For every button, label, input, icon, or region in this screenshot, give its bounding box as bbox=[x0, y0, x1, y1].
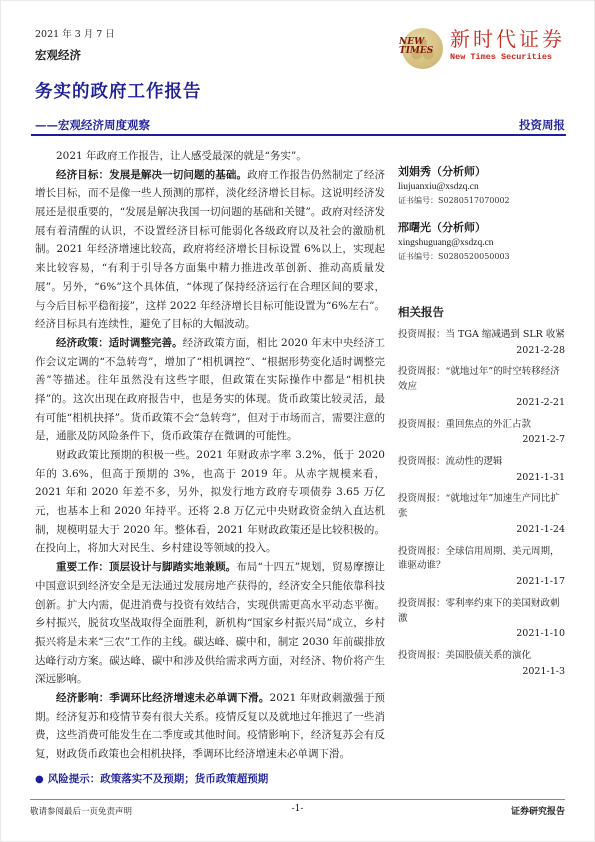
paragraph: 经济影响：季调环比经济增速未必单调下滑。2021 年财政刺激强于预期。经济复苏和… bbox=[35, 689, 385, 764]
report-body: 2021 年政府工作报告，让人感受最深的就是“务实”。 经济目标：发展是解决一切… bbox=[35, 147, 385, 786]
report-item-title: 投资周报：全球信用周期、美元周期，谁驱动谁？ bbox=[398, 546, 560, 572]
paragraph-text: 2021 年政府工作报告，让人感受最深的就是“务实”。 bbox=[56, 150, 307, 162]
brand-logo: NEW TIMES 新时代证券 New Times Securities bbox=[402, 28, 565, 69]
brand-name-cn: 新时代证券 bbox=[450, 28, 565, 50]
page-title: 务实的政府工作报告 bbox=[35, 78, 565, 103]
paragraph-text: 财政政策比预期的积极一些。2021 年财政赤字率 3.2%，低于 2020 年的… bbox=[35, 449, 385, 554]
section-lead: 经济目标：发展是解决一切问题的基础。 bbox=[56, 169, 247, 181]
report-item: 投资周报：当 TGA 缩减遇到 SLR 收紧 2021-2-28 bbox=[398, 328, 565, 358]
analyst-block: 邢曙光（分析师） xingshuguang@xsdzq.cn 证书编号：S028… bbox=[398, 219, 565, 262]
report-item-date: 2021-2-7 bbox=[398, 433, 565, 448]
paragraph-text: 经济政策方面，相比 2020 年末中央经济工作会议定调的“不急转弯”，增加了“相… bbox=[35, 337, 385, 442]
footer-report-type: 证券研究报告 bbox=[511, 804, 565, 817]
report-item: 投资周报：零利率约束下的美国财政刺激 2021-1-10 bbox=[398, 597, 565, 642]
report-item-date: 2021-2-21 bbox=[398, 396, 565, 411]
report-item: 投资周报：流动性的逻辑 2021-1-31 bbox=[398, 455, 565, 485]
report-item-title: 投资周报：当 TGA 缩减遇到 SLR 收紧 bbox=[398, 329, 565, 340]
analyst-email: liujuanxiu@xsdzq.cn bbox=[398, 182, 565, 192]
section-lead: 经济影响：季调环比经济增速未必单调下滑。 bbox=[56, 692, 270, 704]
paragraph: 财政政策比预期的积极一些。2021 年财政赤字率 3.2%，低于 2020 年的… bbox=[35, 446, 385, 558]
report-item: 投资周报：“就地过年”的时空转移经济效应 2021-2-21 bbox=[398, 365, 565, 410]
risk-note: ● 风险提示：政策落实不及预期；货币政策超预期 bbox=[35, 771, 385, 786]
paragraph: 经济目标：发展是解决一切问题的基础。政府工作报告仍然制定了经济增长目标，而不是像… bbox=[35, 166, 385, 334]
report-item-title: 投资周报：“就地过年”加速生产同比扩张 bbox=[398, 493, 560, 519]
analyst-name: 刘娟秀（分析师） bbox=[398, 163, 565, 179]
report-item-date: 2021-1-3 bbox=[398, 665, 565, 680]
risk-note-text: 风险提示：政策落实不及预期；货币政策超预期 bbox=[48, 771, 269, 786]
analyst-block: 刘娟秀（分析师） liujuanxiu@xsdzq.cn 证书编号：S02805… bbox=[398, 163, 565, 206]
report-item-title: 投资周报：“就地过年”的时空转移经济效应 bbox=[398, 366, 560, 392]
report-type-label: 投资周报 bbox=[519, 117, 565, 133]
report-item-title: 投资周报：重回焦点的外汇占款 bbox=[398, 419, 531, 430]
report-page: 2021 年 3 月 7 日 宏观经济 务实的政府工作报告 ——宏观经济周度观察… bbox=[0, 0, 595, 842]
report-item: 投资周报：全球信用周期、美元周期，谁驱动谁？ 2021-1-17 bbox=[398, 545, 565, 590]
report-item-title: 投资周报：流动性的逻辑 bbox=[398, 456, 503, 467]
brand-names: 新时代证券 New Times Securities bbox=[450, 28, 565, 62]
bullet-icon: ● bbox=[35, 774, 44, 785]
paragraph: 2021 年政府工作报告，让人感受最深的就是“务实”。 bbox=[35, 147, 385, 166]
header: 2021 年 3 月 7 日 宏观经济 务实的政府工作报告 ——宏观经济周度观察… bbox=[35, 26, 565, 133]
report-item: 投资周报：美国股债关系的演化 2021-1-3 bbox=[398, 649, 565, 679]
badge-text: NEW TIMES bbox=[399, 38, 433, 56]
footer-disclaimer: 敬请参阅最后一页免责声明 bbox=[30, 805, 132, 817]
paragraph-text: 政府工作报告仍然制定了经济增长目标，而不是像一些人预测的那样，淡化经济增长目标。… bbox=[35, 169, 385, 331]
paragraph: 经济政策：适时调整完善。经济政策方面，相比 2020 年末中央经济工作会议定调的… bbox=[35, 334, 385, 446]
analyst-email: xingshuguang@xsdzq.cn bbox=[398, 238, 565, 248]
analyst-cert: 证书编号：S0280517070002 bbox=[398, 195, 565, 206]
report-item-date: 2021-1-31 bbox=[398, 471, 565, 486]
related-reports-title: 相关报告 bbox=[398, 304, 565, 320]
report-item: 投资周报：重回焦点的外汇占款 2021-2-7 bbox=[398, 418, 565, 448]
report-subtitle: ——宏观经济周度观察 bbox=[35, 117, 150, 133]
report-item-title: 投资周报：零利率约束下的美国财政刺激 bbox=[398, 598, 560, 624]
report-item-date: 2021-1-10 bbox=[398, 627, 565, 642]
report-item: 投资周报：“就地过年”加速生产同比扩张 2021-1-24 bbox=[398, 492, 565, 537]
header-rule bbox=[31, 134, 566, 136]
badge-line2: TIMES bbox=[399, 47, 433, 56]
section-lead: 经济政策：适时调整完善。 bbox=[56, 337, 183, 349]
section-lead: 重要工作：顶层设计与脚踏实地兼顾。 bbox=[56, 561, 236, 573]
footer: 敬请参阅最后一页免责声明 -1- 证券研究报告 bbox=[30, 799, 565, 817]
paragraph-text: 布局“十四五”规划，贸易摩擦让中国意识到经济安全是无法通过发展房地产获得的，经济… bbox=[35, 561, 385, 685]
sidebar: 刘娟秀（分析师） liujuanxiu@xsdzq.cn 证书编号：S02805… bbox=[398, 163, 565, 686]
report-item-date: 2021-2-28 bbox=[398, 344, 565, 359]
brand-name-en: New Times Securities bbox=[450, 52, 565, 62]
analyst-cert: 证书编号：S0280520050003 bbox=[398, 251, 565, 262]
report-item-title: 投资周报：美国股债关系的演化 bbox=[398, 650, 531, 661]
analyst-name: 邢曙光（分析师） bbox=[398, 219, 565, 235]
report-item-date: 2021-1-17 bbox=[398, 575, 565, 590]
report-item-date: 2021-1-24 bbox=[398, 523, 565, 538]
new-times-badge-icon: NEW TIMES bbox=[402, 28, 443, 69]
footer-page-number: -1- bbox=[292, 804, 304, 814]
paragraph: 重要工作：顶层设计与脚踏实地兼顾。布局“十四五”规划，贸易摩擦让中国意识到经济安… bbox=[35, 558, 385, 689]
subtitle-row: ——宏观经济周度观察 投资周报 bbox=[35, 117, 565, 133]
